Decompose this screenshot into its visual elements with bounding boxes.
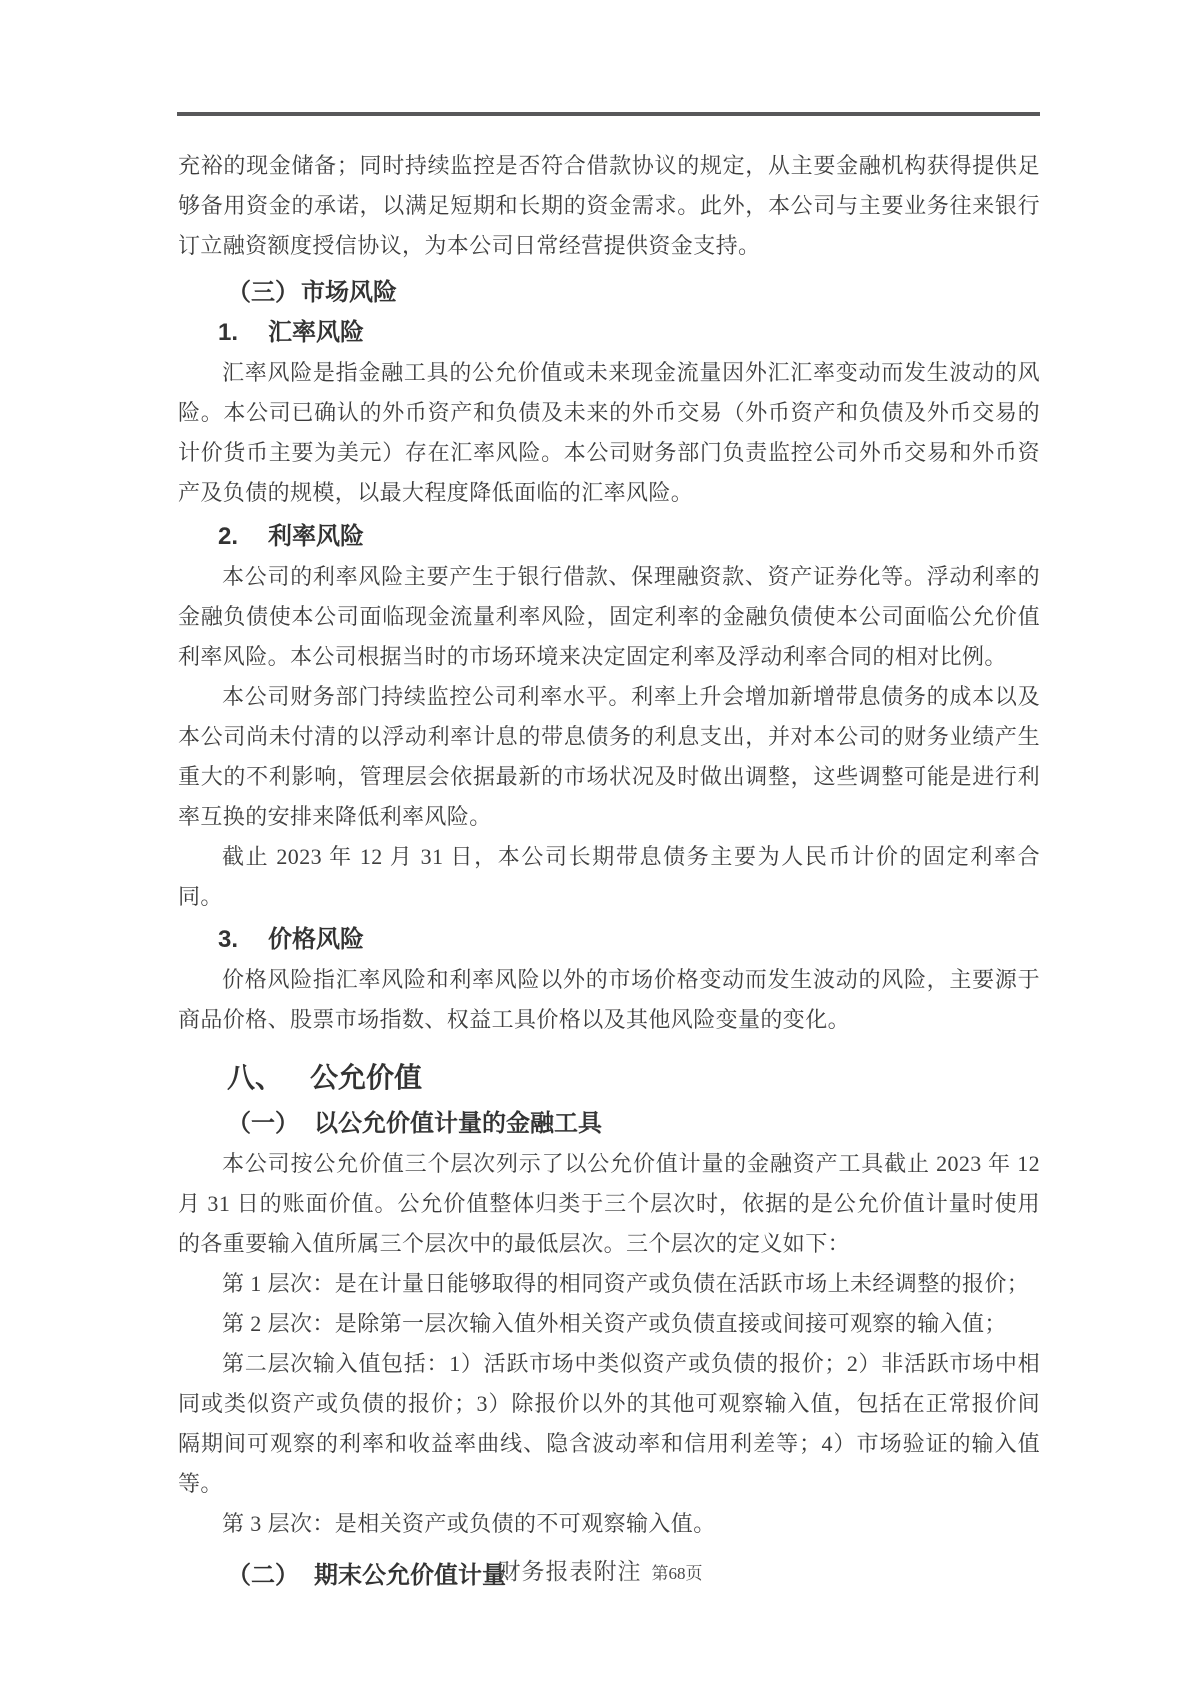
heading-fv-instruments: （一）以公允价值计量的金融工具 <box>178 1104 1040 1144</box>
heading-price-risk: 3.价格风险 <box>178 920 1040 960</box>
heading-fx-risk-title: 汇率风险 <box>268 319 364 346</box>
heading-market-risk-number: （三） <box>227 279 299 306</box>
document-page: 充裕的现金储备；同时持续监控是否符合借款协议的规定，从主要金融机构获得提供足够备… <box>0 0 1200 1696</box>
page-footer: 财务报表附注第68页 <box>0 1553 1200 1586</box>
heading-interest-risk: 2.利率风险 <box>178 517 1040 557</box>
paragraph-fv-level1: 第 1 层次：是在计量日能够取得的相同资产或负债在活跃市场上未经调整的报价； <box>178 1264 1040 1304</box>
heading-fair-value: 八、公允价值 <box>178 1055 1040 1101</box>
footer-title: 财务报表附注 <box>498 1559 642 1584</box>
heading-fv-instruments-title: 以公允价值计量的金融工具 <box>314 1110 602 1137</box>
footer-page-number: 第68页 <box>652 1564 703 1583</box>
heading-fair-value-number: 八、 <box>227 1062 283 1093</box>
document-body: 充裕的现金储备；同时持续监控是否符合借款协议的规定，从主要金融机构获得提供足够备… <box>178 146 1040 1596</box>
heading-market-risk: （三）市场风险 <box>178 273 1040 313</box>
paragraph-interest-risk-3: 截止 2023 年 12 月 31 日，本公司长期带息债务主要为人民币计价的固定… <box>178 837 1040 917</box>
paragraph-fx-risk: 汇率风险是指金融工具的公允价值或未来现金流量因外汇汇率变动而发生波动的风险。本公… <box>178 353 1040 513</box>
heading-market-risk-title: 市场风险 <box>301 279 397 306</box>
paragraph-price-risk: 价格风险指汇率风险和利率风险以外的市场价格变动而发生波动的风险，主要源于商品价格… <box>178 960 1040 1040</box>
paragraph-fv-level3: 第 3 层次：是相关资产或负债的不可观察输入值。 <box>178 1504 1040 1544</box>
heading-fx-risk-number: 1. <box>218 319 238 346</box>
paragraph-interest-risk-1: 本公司的利率风险主要产生于银行借款、保理融资款、资产证券化等。浮动利率的金融负债… <box>178 557 1040 677</box>
heading-fv-instruments-number: （一） <box>227 1110 299 1137</box>
heading-price-risk-number: 3. <box>218 926 238 953</box>
paragraph-fv-level2: 第 2 层次：是除第一层次输入值外相关资产或负债直接或间接可观察的输入值； <box>178 1304 1040 1344</box>
heading-fair-value-title: 公允价值 <box>310 1062 422 1093</box>
header-divider <box>177 112 1040 116</box>
paragraph-interest-risk-2: 本公司财务部门持续监控公司利率水平。利率上升会增加新增带息债务的成本以及本公司尚… <box>178 677 1040 837</box>
heading-interest-risk-number: 2. <box>218 523 238 550</box>
heading-interest-risk-title: 利率风险 <box>268 523 364 550</box>
paragraph-fv-level2-detail: 第二层次输入值包括：1）活跃市场中类似资产或负债的报价；2）非活跃市场中相同或类… <box>178 1344 1040 1504</box>
heading-price-risk-title: 价格风险 <box>268 926 364 953</box>
paragraph-liquidity-continuation: 充裕的现金储备；同时持续监控是否符合借款协议的规定，从主要金融机构获得提供足够备… <box>178 146 1040 266</box>
paragraph-fv-overview: 本公司按公允价值三个层次列示了以公允价值计量的金融资产工具截止 2023 年 1… <box>178 1144 1040 1264</box>
heading-fx-risk: 1.汇率风险 <box>178 313 1040 353</box>
